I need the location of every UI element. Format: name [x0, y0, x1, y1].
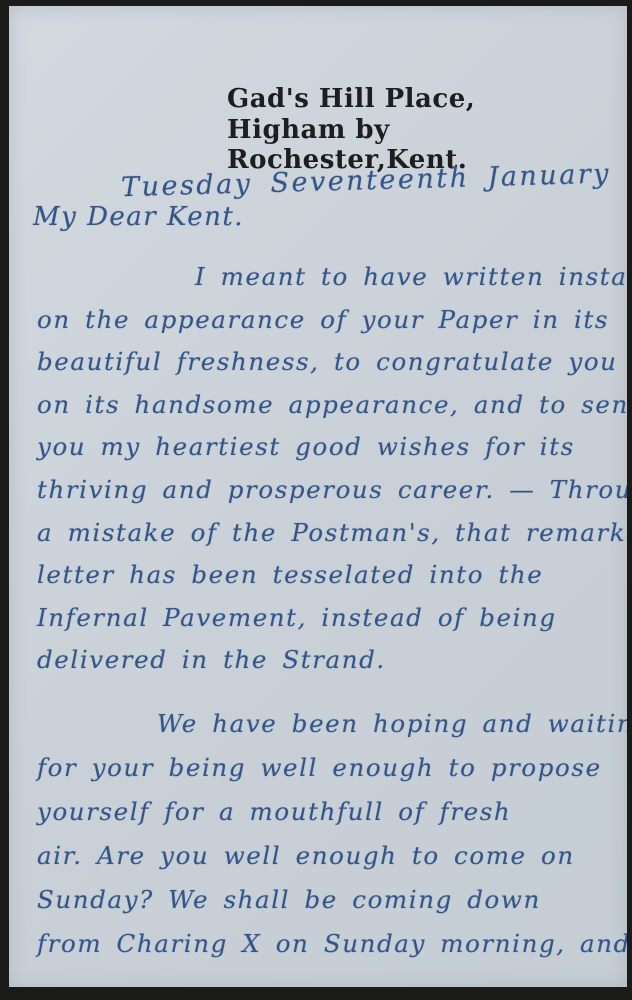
- handwritten-line: on its handsome appearance, and to send: [37, 384, 627, 427]
- handwritten-line: for your being well enough to propose: [37, 746, 627, 790]
- handwritten-line: beautiful freshness, to congratulate you: [37, 341, 627, 384]
- handwritten-line: on the appearance of your Paper in its: [37, 299, 627, 342]
- handwritten-line: We have been hoping and waiting: [37, 702, 627, 746]
- letter-paragraph-1: I meant to have written instantly on the…: [37, 256, 627, 682]
- handwritten-line: from Charing X on Sunday morning, and: [37, 922, 627, 966]
- handwritten-line: Infernal Pavement, instead of being: [37, 597, 627, 640]
- letter-scan: Gad's Hill Place, Higham by Rochester,Ke…: [0, 0, 632, 1000]
- handwritten-line: thriving and prosperous career. — Throug…: [37, 469, 627, 512]
- handwritten-line: delivered in the Strand.: [37, 639, 627, 682]
- handwritten-line: a mistake of the Postman's, that remarka…: [37, 512, 627, 555]
- handwritten-line: air. Are you well enough to come on: [37, 834, 627, 878]
- letter-paragraph-2: We have been hoping and waiting for your…: [37, 702, 627, 966]
- handwritten-line: yourself for a mouthfull of fresh: [37, 790, 627, 834]
- letter-paper: Gad's Hill Place, Higham by Rochester,Ke…: [9, 6, 627, 987]
- handwritten-line: I meant to have written instantly: [37, 256, 627, 299]
- salutation: My Dear Kent.: [33, 202, 244, 232]
- handwritten-line: Sunday? We shall be coming down: [37, 878, 627, 922]
- handwritten-line: letter has been tesselated into the: [37, 554, 627, 597]
- handwritten-line: you my heartiest good wishes for its: [37, 426, 627, 469]
- letterhead-line1: Gad's Hill Place,: [227, 84, 627, 115]
